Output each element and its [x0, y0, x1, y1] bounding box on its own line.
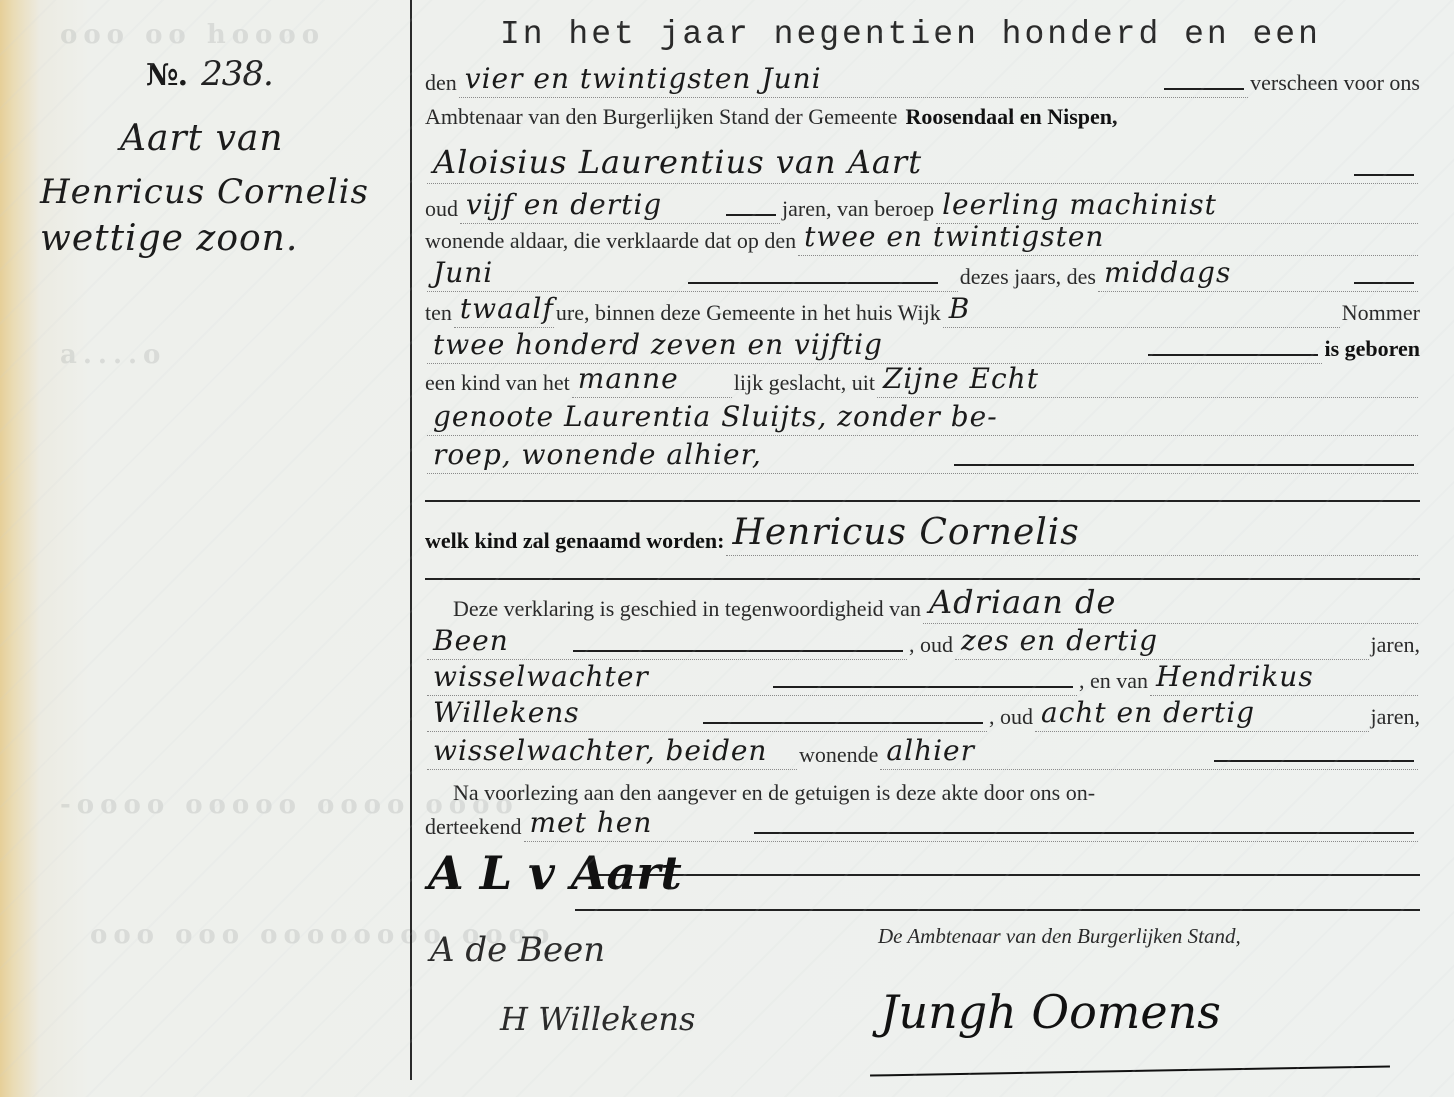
printed-text: Nommer [1342, 302, 1420, 328]
filled-field: Hendrikus [1150, 661, 1418, 696]
filled-field: Adriaan de [923, 589, 1418, 624]
form-line-mother-residence: roep, wonende alhier, [425, 440, 1420, 474]
filled-field: vier en twintigsten Juni [459, 63, 1248, 98]
column-divider [410, 0, 412, 1080]
handwritten-mother-residence: roep, wonende alhier, [433, 438, 762, 471]
form-line-house-number: twee honderd zeven en vijftig is geboren [425, 330, 1420, 364]
filled-field: wisselwachter, beiden [427, 735, 797, 770]
entry-number-value: 238. [201, 54, 273, 94]
dash-line [754, 832, 1414, 834]
handwritten-month: Juni [433, 256, 493, 289]
printed-text: lijk geslacht, uit [734, 372, 875, 398]
handwritten-witness-1-age: zes en dertig [961, 624, 1158, 657]
filled-field: met hen [524, 807, 1419, 842]
form-line-signed: derteekend met hen [425, 808, 1420, 842]
handwritten-house-number: twee honderd zeven en vijftig [433, 328, 883, 361]
signature-flourish [870, 1065, 1390, 1076]
form-line-child-name: welk kind zal genaamd worden: Henricus C… [425, 520, 1420, 556]
handwritten-witness-2: Hendrikus [1156, 660, 1314, 693]
dash-line [688, 282, 938, 284]
handwritten-sex: manne [578, 362, 679, 395]
filled-field: Been [427, 625, 907, 660]
official-label: De Ambtenaar van den Burgerlijken Stand, [878, 926, 1241, 951]
form-line-hour: ten twaalf ure, binnen deze Gemeente in … [425, 294, 1420, 328]
form-line-residence: wonende aldaar, die verklaarde dat op de… [425, 222, 1420, 256]
signature-line [590, 874, 1420, 876]
printed-text: Na voorlezing aan den aangever en de get… [453, 782, 1095, 808]
dash-line [773, 686, 1073, 688]
dash-line [1354, 282, 1414, 284]
handwritten-signed-with: met hen [530, 806, 653, 839]
dash-line [573, 650, 903, 652]
form-header: In het jaar negentien honderd en een [500, 16, 1321, 53]
handwritten-date: vier en twintigsten Juni [465, 62, 822, 95]
signature-witness-1: A de Been [430, 930, 605, 970]
dash-line [1164, 88, 1244, 90]
form-line-sex: een kind van het manne lijk geslacht, ui… [425, 364, 1420, 398]
printed-text: oud [425, 198, 458, 224]
filled-field: Juni [427, 257, 958, 292]
handwritten-declarant: Aloisius Laurentius van Aart [433, 143, 922, 181]
signature-line [575, 909, 1420, 911]
filled-field: wisselwachter [427, 661, 1077, 696]
printed-text: , oud [989, 706, 1033, 732]
handwritten-witness-residence: alhier [886, 734, 975, 767]
filled-field: Henricus Cornelis [726, 519, 1418, 556]
printed-text-bold: welk kind zal genaamd worden: [425, 530, 724, 556]
printed-text: jaren, [1371, 706, 1420, 732]
printed-text: jaren, [1371, 634, 1420, 660]
printed-text: ten [425, 302, 452, 328]
printed-text: wonende aldaar, die verklaarde dat op de… [425, 230, 796, 256]
dash-line [726, 214, 776, 216]
printed-text: Deze verklaring is geschied in tegenwoor… [453, 598, 921, 624]
handwritten-hour: twaalf [460, 292, 554, 325]
filled-field: zes en dertig [955, 625, 1369, 660]
handwritten-child-name: Henricus Cornelis [732, 512, 1079, 553]
printed-text: ure, binnen deze Gemeente in het huis Wi… [556, 302, 941, 328]
printed-text: derteekend [425, 816, 522, 842]
printed-text: wonende [799, 744, 878, 770]
bleed-through-text: ооо оо hoooo [60, 20, 325, 50]
handwritten-witness-2-surname: Willekens [433, 696, 580, 729]
filled-field: twee en twintigsten [798, 221, 1418, 256]
printed-text: een kind van het [425, 372, 570, 398]
separator-line [425, 500, 1420, 502]
margin-legitimacy: wettige zoon. [40, 218, 298, 259]
margin-given-names: Henricus Cornelis [40, 172, 369, 212]
handwritten-birth-day: twee en twintigsten [804, 220, 1104, 253]
dash-line [1214, 760, 1414, 762]
dash-line [703, 722, 983, 724]
handwritten-time-of-day: middags [1104, 256, 1231, 289]
handwritten-witness-2-age: acht en dertig [1041, 696, 1255, 729]
form-line-witnesses: Deze verklaring is geschied in tegenwoor… [425, 590, 1420, 624]
form-line-witness-1-occupation: wisselwachter , en van Hendrikus [425, 662, 1420, 696]
entry-number-label: №. [146, 58, 187, 93]
handwritten-ward: B [949, 292, 971, 325]
filled-field: twee honderd zeven en vijftig [427, 329, 1322, 364]
handwritten-witness-1: Adriaan de [929, 583, 1116, 621]
filled-field: Aloisius Laurentius van Aart [427, 139, 1418, 184]
filled-field: genoote Laurentia Sluijts, zonder be- [427, 401, 1418, 436]
handwritten-mother: genoote Laurentia Sluijts, zonder be- [433, 400, 998, 433]
filled-field: Willekens [427, 697, 987, 732]
form-line-age-occupation: oud vijf en dertig jaren, van beroep lee… [425, 190, 1420, 224]
margin-surname: Aart van [120, 118, 284, 159]
separator-line [425, 578, 1420, 580]
dash-line [954, 464, 1414, 466]
dash-line [1148, 354, 1318, 356]
entry-number: №.238. [146, 54, 273, 94]
municipality-name: Roosendaal en Nispen, [905, 106, 1117, 132]
filled-field: vijf en dertig [460, 189, 780, 224]
signature-official: Jungh Oomens [880, 985, 1221, 1039]
bleed-through-text: a....o [60, 340, 166, 370]
form-line-mother: genoote Laurentia Sluijts, zonder be- [425, 402, 1420, 436]
form-line-witness-1-age: Been , oud zes en dertig jaren, [425, 626, 1420, 660]
handwritten-witness-occupation: wisselwachter, beiden [433, 734, 767, 767]
form-line-witness-2-age: Willekens , oud acht en dertig jaren, [425, 698, 1420, 732]
handwritten-witness-1-occupation: wisselwachter [433, 660, 649, 693]
printed-text: dezes jaars, des [960, 266, 1096, 292]
printed-text: , oud [909, 634, 953, 660]
form-line-witness-residence: wisselwachter, beiden wonende alhier [425, 736, 1420, 770]
filled-field: middags [1098, 257, 1418, 292]
form-line-month: Juni dezes jaars, des middags [425, 258, 1420, 292]
form-line-reading: Na voorlezing aan den aangever en de get… [425, 774, 1420, 808]
dash-line [1354, 174, 1414, 176]
signature-declarant: A L v Aart [428, 846, 682, 900]
form-line-date: den vier en twintigsten Juni verscheen v… [425, 64, 1420, 98]
filled-field: B [943, 293, 1340, 328]
handwritten-spouse: Zijne Echt [883, 362, 1039, 395]
signature-witness-2: H Willekens [500, 1000, 695, 1038]
printed-text: den [425, 72, 457, 98]
form-line-municipality: Ambtenaar van den Burgerlijken Stand der… [425, 98, 1420, 132]
form-line-declarant: Aloisius Laurentius van Aart [425, 140, 1420, 184]
printed-text: Ambtenaar van den Burgerlijken Stand der… [425, 106, 897, 132]
printed-text: , en van [1079, 670, 1148, 696]
filled-field: twaalf [454, 293, 554, 328]
filled-field: manne [572, 363, 732, 398]
handwritten-age: vijf en dertig [466, 188, 662, 221]
filled-field: leerling machinist [936, 189, 1418, 224]
handwritten-witness-1-surname: Been [433, 624, 509, 657]
filled-field: alhier [880, 735, 1418, 770]
printed-text: verscheen voor ons [1250, 72, 1420, 98]
handwritten-occupation: leerling machinist [942, 188, 1217, 221]
printed-text-bold: is geboren [1324, 338, 1420, 364]
filled-field: Zijne Echt [877, 363, 1418, 398]
filled-field: acht en dertig [1035, 697, 1369, 732]
filled-field: roep, wonende alhier, [427, 439, 1418, 474]
register-page: ооо оо hoooo a....o -oooo ooooo oooo ooo… [0, 0, 1454, 1097]
